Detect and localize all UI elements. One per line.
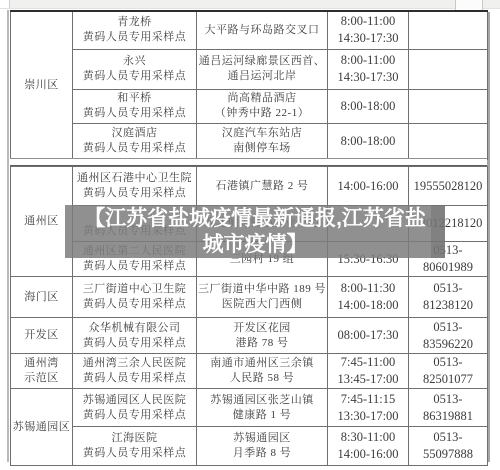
phone-cell: 19555028120 <box>409 167 488 206</box>
phone-cell <box>409 89 488 123</box>
page-top-margin-strip <box>0 0 500 9</box>
time-cell: 8:00-11:0014:30-17:30 <box>328 49 409 89</box>
table-row: 崇川区青龙桥黄码人员专用采样点大平路与环岛路交叉口8:00-11:0014:30… <box>11 11 488 49</box>
phone-cell: 0513-81238120 <box>409 277 488 318</box>
district-cell: 通州区 <box>11 167 73 277</box>
address-cell: 石港镇广慧路 2 号 <box>197 167 328 206</box>
time-cell: 08:00-17:30 <box>328 318 409 354</box>
time-cell: 7:45-11:1513:30-17:00 <box>328 389 409 427</box>
phone-cell: 0513-86319881 <box>409 389 488 427</box>
site-cell: 通州湾三余人民医院黄码人员专用采样点 <box>73 354 197 389</box>
time-cell: 8:00-18:00 <box>328 89 409 123</box>
watermark-overlay: 【江苏省盐城疫情最新通报,江苏省盐 城市疫情】 <box>65 205 445 258</box>
time-cell: 8:00-18:00 <box>328 123 409 159</box>
phone-cell <box>409 11 488 49</box>
district-cell: 开发区 <box>11 318 73 354</box>
address-cell: 南通市通州区三余镇人民路 58 号 <box>197 354 328 389</box>
site-cell: 和平桥黄码人员专用采样点 <box>73 89 197 123</box>
address-cell: 大平路与环岛路交叉口 <box>197 11 328 49</box>
address-cell: 苏锡通园区张芝山镇健康路 1 号 <box>197 389 328 427</box>
watermark-line-1: 【江苏省盐城疫情最新通报,江苏省盐 <box>65 206 445 232</box>
site-cell: 江海医院黄码人员专用采样点 <box>73 427 197 466</box>
address-cell: 汉庭汽车东站店南侧停车场 <box>197 123 328 159</box>
time-cell: 8:00-11:0014:30-17:30 <box>328 11 409 49</box>
table-row: 和平桥黄码人员专用采样点尚高精品酒店（钟秀中路 22-1）8:00-18:00 <box>11 89 488 123</box>
sampling-sites-table-chongchuan: 崇川区青龙桥黄码人员专用采样点大平路与环岛路交叉口8:00-11:0014:30… <box>10 10 488 160</box>
site-cell: 青龙桥黄码人员专用采样点 <box>73 11 197 49</box>
district-cell: 崇川区 <box>11 11 73 159</box>
district-cell: 通州湾示范区 <box>11 354 73 389</box>
table-section-divider <box>10 158 487 166</box>
time-cell: 14:00-16:00 <box>328 167 409 206</box>
table-row: 苏锡通园区苏锡通园区人民医院黄码人员专用采样点苏锡通园区张芝山镇健康路 1 号7… <box>11 389 488 427</box>
watermark-line-2: 城市疫情】 <box>65 232 445 258</box>
phone-cell: 0513-55097888 <box>409 427 488 466</box>
phone-cell: 0513-83596220 <box>409 318 488 354</box>
address-cell: 开发区花园港路 78 号 <box>197 318 328 354</box>
phone-cell <box>409 49 488 89</box>
table-row: 通州湾示范区通州湾三余人民医院黄码人员专用采样点南通市通州区三余镇人民路 58 … <box>11 354 488 389</box>
table-row: 开发区众华机械有限公司黄码人员专用采样点开发区花园港路 78 号08:00-17… <box>11 318 488 354</box>
table-row: 海门区三厂街道中心卫生院黄码人员专用采样点三厂街道中华中路 189 号医院西大门… <box>11 277 488 318</box>
site-cell: 汉庭酒店黄码人员专用采样点 <box>73 123 197 159</box>
time-cell: 8:30-11:0014:00-16:00 <box>328 427 409 466</box>
phone-cell <box>409 123 488 159</box>
table-left-edge-shadow <box>7 10 9 462</box>
site-cell: 三厂街道中心卫生院黄码人员专用采样点 <box>73 277 197 318</box>
table-row: 通州区通州区石港中心卫生院黄码人员专用采样点石港镇广慧路 2 号14:00-16… <box>11 167 488 206</box>
site-cell: 众华机械有限公司黄码人员专用采样点 <box>73 318 197 354</box>
address-cell: 尚高精品酒店（钟秀中路 22-1） <box>197 89 328 123</box>
address-cell: 通吕运河绿廊景区西首、通吕运河北岸 <box>197 49 328 89</box>
address-cell: 苏锡通园区月季路 8 号 <box>197 427 328 466</box>
address-cell: 三厂街道中华中路 189 号医院西大门西侧 <box>197 277 328 318</box>
site-cell: 苏锡通园区人民医院黄码人员专用采样点 <box>73 389 197 427</box>
time-cell: 7:45-11:0013:45-17:00 <box>328 354 409 389</box>
site-cell: 通州区石港中心卫生院黄码人员专用采样点 <box>73 167 197 206</box>
site-cell: 永兴黄码人员专用采样点 <box>73 49 197 89</box>
phone-cell: 0513-82501077 <box>409 354 488 389</box>
page-corner-notch <box>0 0 10 8</box>
district-cell: 海门区 <box>11 277 73 318</box>
table-row: 永兴黄码人员专用采样点通吕运河绿廊景区西首、通吕运河北岸8:00-11:0014… <box>11 49 488 89</box>
table-row: 江海医院黄码人员专用采样点苏锡通园区月季路 8 号8:30-11:0014:00… <box>11 427 488 466</box>
time-cell: 8:00-11:3014:00-18:00 <box>328 277 409 318</box>
district-cell: 苏锡通园区 <box>11 389 73 466</box>
table-row: 汉庭酒店黄码人员专用采样点汉庭汽车东站店南侧停车场8:00-18:00 <box>11 123 488 159</box>
